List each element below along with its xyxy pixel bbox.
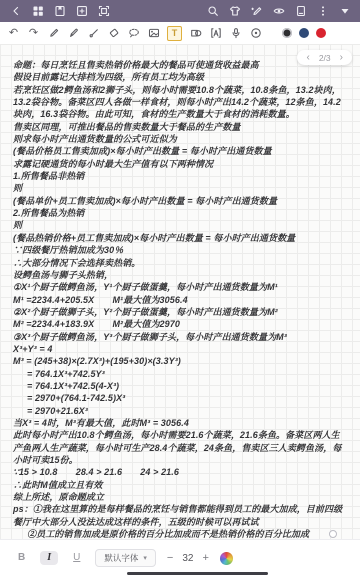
note-line: ③X³个厨子做鳄鱼汤，Y³个厨子做狮子头，每小时产出通货数量为M³ bbox=[13, 331, 356, 343]
ballpoint-pen-icon[interactable] bbox=[87, 27, 100, 40]
undo-icon[interactable]: ↶ bbox=[7, 27, 20, 40]
note-line: ∴此时M值成立且有效 bbox=[13, 479, 356, 491]
color-wheel-button[interactable] bbox=[220, 552, 233, 565]
note-line: (餐品热销价格+员工售卖加成)×每小时产出数量 = 每小时产出通货数量 bbox=[13, 232, 356, 244]
note-line: 当X³ = 4时，M³有最大值，此时M³ = 3056.4 bbox=[13, 417, 356, 429]
annotate-pen-icon[interactable] bbox=[250, 5, 263, 18]
font-size-stepper: − 32 + bbox=[167, 552, 209, 564]
note-line: 求露记硬通货的每小时最大生产值有以下两种情况 bbox=[13, 158, 356, 170]
note-line: 设鳄鱼汤与狮子头热销， bbox=[13, 269, 356, 281]
shapes-icon[interactable] bbox=[189, 27, 202, 40]
top-navigation-bar bbox=[0, 0, 360, 22]
note-line: 则求每小时产出通货数量的公式可近似为 bbox=[13, 133, 356, 145]
note-line: 则 bbox=[13, 219, 356, 231]
note-line: M¹ =2234.4+205.5X M¹最大值为3056.4 bbox=[13, 294, 356, 306]
note-line: (餐品单价+员工售卖加成)×每小时产出数量 = 每小时产出通货数量 bbox=[13, 195, 356, 207]
note-line: = 2970+21.6X³ bbox=[13, 405, 356, 417]
topbar-left-group bbox=[9, 5, 110, 18]
note-page[interactable]: ‹ 2/3 › 命题：每日烹饪且售卖热销价格最大的餐品可使通货收益最高假设目前露… bbox=[0, 44, 360, 540]
collapse-triangle-icon[interactable] bbox=[338, 5, 351, 18]
note-line: ps：①我在这里算的是每样餐品的烹饪与销售都能得到员工的最大加成，目前四级 bbox=[13, 503, 356, 515]
font-select-value: 默认字体 bbox=[104, 552, 138, 564]
pencil-icon[interactable] bbox=[47, 27, 60, 40]
fountain-pen-icon[interactable] bbox=[67, 27, 80, 40]
note-line: M² =2234.4+183.9X M²最大值为2970 bbox=[13, 318, 356, 330]
image-icon[interactable] bbox=[147, 27, 160, 40]
note-line: 此时每小时产出10.8个鳄鱼汤，每小时需要21.6个蔬菜，21.6条鱼。备菜区两… bbox=[13, 429, 356, 441]
note-line: (餐品价格员工售卖加成)×每小时产出数量 = 每小时产出通货数量 bbox=[13, 145, 356, 157]
textbox-resize-handle[interactable] bbox=[329, 530, 337, 538]
pen-color-blue[interactable] bbox=[299, 28, 309, 38]
italic-button[interactable]: I bbox=[40, 551, 58, 565]
microphone-icon[interactable] bbox=[229, 27, 242, 40]
note-line: 则 bbox=[13, 182, 356, 194]
note-line: M³ = (245+38)×(2.7X³)+(195+30)×(3.3Y³) bbox=[13, 355, 356, 367]
capture-icon[interactable] bbox=[97, 5, 110, 18]
pen-color-red[interactable] bbox=[316, 28, 326, 38]
note-line: 块肉，16.3袋谷物。由此可知，食材的生产数量大于食材的消耗数量。 bbox=[13, 108, 356, 120]
decrease-size-button[interactable]: − bbox=[167, 552, 173, 564]
search-icon[interactable] bbox=[206, 5, 219, 18]
increase-size-button[interactable]: + bbox=[202, 552, 208, 564]
more-vertical-icon[interactable] bbox=[316, 5, 329, 18]
page-card-icon[interactable] bbox=[294, 5, 307, 18]
note-line: 售卖区同理，可推出餐品的售卖数量大于餐品的生产数量 bbox=[13, 121, 356, 133]
note-line: 13.2袋谷物。备菜区四人各做一样食材，则每小时产出14.2个蔬菜，12条鱼，1… bbox=[13, 96, 356, 108]
note-text-block[interactable]: 命题：每日烹饪且售卖热销价格最大的餐品可使通货收益最高假设目前露记大排档为四级，… bbox=[13, 59, 356, 540]
note-line: = 2970+(764.1-742.5)X³ bbox=[13, 392, 356, 404]
note-line: 2.所售餐品为热销 bbox=[13, 207, 356, 219]
chevron-down-icon: ▾ bbox=[143, 554, 147, 562]
note-line: ①X¹个厨子做鳄鱼汤，Y¹个厨子做蛋羹，每小时产出通货数量为M¹ bbox=[13, 281, 356, 293]
note-line: ②X²个厨子做狮子头，Y²个厨子做蛋羹，每小时产出通货数量为M² bbox=[13, 306, 356, 318]
note-line: 假设目前露记大排档为四级，所有员工均为高级 bbox=[13, 71, 356, 83]
home-indicator[interactable] bbox=[127, 572, 268, 575]
lasso-icon[interactable] bbox=[127, 27, 140, 40]
notes-app-screen: ↶ ↷ T bbox=[0, 0, 360, 576]
note-line: 餐厅中大部分人没法达成这样的条件，五级的时候可以再试试 bbox=[13, 516, 356, 528]
note-line: = 764.1X³+742.5Y³ bbox=[13, 368, 356, 380]
redo-icon[interactable]: ↷ bbox=[27, 27, 40, 40]
note-line: 综上所述，原命题成立 bbox=[13, 491, 356, 503]
font-size-value: 32 bbox=[182, 553, 193, 564]
pages-grid-icon[interactable] bbox=[31, 5, 44, 18]
note-line: 小时可卖15份。 bbox=[13, 454, 356, 466]
editing-toolbar: ↶ ↷ T bbox=[0, 22, 360, 45]
note-line: = 764.1X³+742.5(4-X³) bbox=[13, 380, 356, 392]
note-line: 命题：每日烹饪且售卖热销价格最大的餐品可使通货收益最高 bbox=[13, 59, 356, 71]
note-line: ∵四级餐厅热销加成为30％ bbox=[13, 244, 356, 256]
theme-shirt-icon[interactable] bbox=[228, 5, 241, 18]
add-page-icon[interactable] bbox=[75, 5, 88, 18]
eye-icon[interactable] bbox=[272, 5, 285, 18]
bold-button[interactable]: B bbox=[14, 552, 29, 564]
bookmark-icon[interactable] bbox=[53, 5, 66, 18]
text-tool-icon[interactable]: T bbox=[167, 26, 182, 41]
note-line: ∴大部分情况下会选择卖热销。 bbox=[13, 257, 356, 269]
note-line: 若烹饪区做2鳄鱼汤和2狮子头，则每小时需要10.8个蔬菜，10.8条鱼，13.2… bbox=[13, 84, 356, 96]
note-line: ∵15 > 10.8 28.4 > 21.6 24 > 21.6 bbox=[13, 466, 356, 478]
font-select[interactable]: 默认字体 ▾ bbox=[95, 549, 156, 567]
note-line: 产鱼两人生产蔬菜，每小时可生产28.4个蔬菜，24条鱼，售卖区三人卖鳄鱼汤，每 bbox=[13, 442, 356, 454]
text-format-toolbar: B I U 默认字体 ▾ − 32 + bbox=[0, 539, 360, 576]
pen-color-black[interactable] bbox=[282, 28, 292, 38]
ocr-icon[interactable] bbox=[209, 27, 222, 40]
topbar-right-group bbox=[206, 5, 351, 18]
note-line: X³+Y³ = 4 bbox=[13, 343, 356, 355]
underline-button[interactable]: U bbox=[69, 552, 84, 564]
eraser-icon[interactable] bbox=[107, 27, 120, 40]
note-line: 1.所售餐品非热销 bbox=[13, 170, 356, 182]
laser-pointer-icon[interactable] bbox=[249, 27, 262, 40]
back-chevron-icon[interactable] bbox=[9, 5, 22, 18]
